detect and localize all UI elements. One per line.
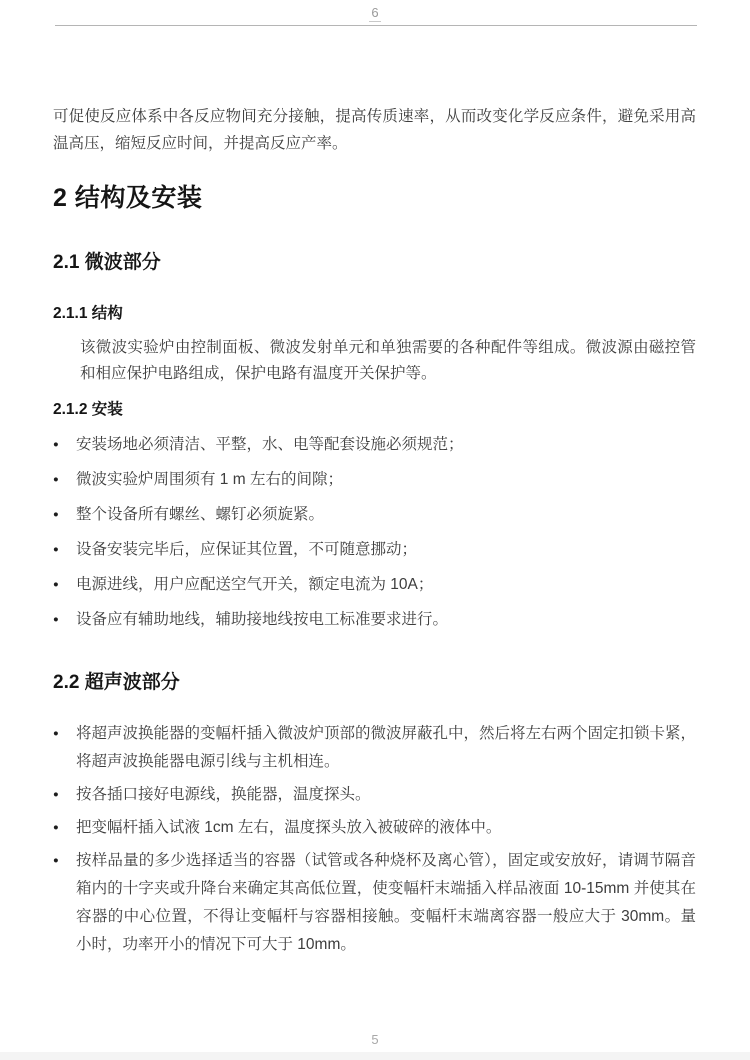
bullet-icon: ● — [53, 847, 76, 875]
list-item-text: 电源进线，用户应配送空气开关，额定电流为 10A； — [76, 573, 696, 597]
list-item: ● 把变幅杆插入试液 1cm 左右，温度探头放入被破碎的液体中。 — [53, 814, 696, 842]
ultrasonic-list: ● 将超声波换能器的变幅杆插入微波炉顶部的微波屏蔽孔中，然后将左右两个固定扣锁卡… — [53, 720, 696, 959]
subsection-heading-2-1-1: 2.1.1 结构 — [53, 303, 696, 325]
section-heading-2-2: 2.2 超声波部分 — [53, 670, 696, 696]
list-item: ● 将超声波换能器的变幅杆插入微波炉顶部的微波屏蔽孔中，然后将左右两个固定扣锁卡… — [53, 720, 696, 776]
list-item-text: 设备应有辅助地线，辅助接地线按电工标准要求进行。 — [76, 608, 696, 632]
section-heading-2-1: 2.1 微波部分 — [53, 250, 696, 276]
bullet-icon: ● — [53, 781, 76, 809]
bullet-icon: ● — [53, 720, 76, 748]
list-item: ● 按样品量的多少选择适当的容器（试管或各种烧杯及离心管），固定或安放好，请调节… — [53, 847, 696, 959]
list-item: ● 设备安装完毕后，应保证其位置，不可随意挪动； — [53, 538, 696, 562]
list-item: ● 设备应有辅助地线，辅助接地线按电工标准要求进行。 — [53, 608, 696, 632]
list-item-text: 整个设备所有螺丝、螺钉必须旋紧。 — [76, 503, 696, 527]
list-item-text: 微波实验炉周围须有 1 m 左右的间隙； — [76, 468, 696, 492]
bullet-icon: ● — [53, 608, 76, 632]
list-item-text: 设备安装完毕后，应保证其位置，不可随意挪动； — [76, 538, 696, 562]
list-item: ● 微波实验炉周围须有 1 m 左右的间隙； — [53, 468, 696, 492]
list-item-text: 按样品量的多少选择适当的容器（试管或各种烧杯及离心管），固定或安放好，请调节隔音… — [76, 847, 696, 959]
header-page-number: 6 — [369, 4, 380, 22]
bullet-icon: ● — [53, 503, 76, 527]
subsection-body-2-1-1: 该微波实验炉由控制面板、微波发射单元和单独需要的各种配件等组成。微波源由磁控管和… — [80, 335, 696, 387]
bullet-icon: ● — [53, 433, 76, 457]
list-item-text: 安装场地必须清洁、平整，水、电等配套设施必须规范； — [76, 433, 696, 457]
list-item-text: 按各插口接好电源线，换能器，温度探头。 — [76, 781, 696, 809]
header-rule — [55, 25, 697, 26]
bullet-icon: ● — [53, 468, 76, 492]
intro-paragraph: 可促使反应体系中各反应物间充分接触，提高传质速率，从而改变化学反应条件，避免采用… — [53, 103, 696, 157]
page-header: 6 — [0, 0, 750, 22]
footer-strip — [0, 1052, 750, 1060]
bullet-icon: ● — [53, 814, 76, 842]
list-item: ● 安装场地必须清洁、平整，水、电等配套设施必须规范； — [53, 433, 696, 457]
list-item-text: 把变幅杆插入试液 1cm 左右，温度探头放入被破碎的液体中。 — [76, 814, 696, 842]
footer-page-number: 5 — [0, 1032, 750, 1047]
page-content: 可促使反应体系中各反应物间充分接触，提高传质速率，从而改变化学反应条件，避免采用… — [0, 103, 750, 959]
subsection-heading-2-1-2: 2.1.2 安装 — [53, 399, 696, 421]
bullet-icon: ● — [53, 573, 76, 597]
document-page: 6 可促使反应体系中各反应物间充分接触，提高传质速率，从而改变化学反应条件，避免… — [0, 0, 750, 1060]
list-item: ● 整个设备所有螺丝、螺钉必须旋紧。 — [53, 503, 696, 527]
bullet-icon: ● — [53, 538, 76, 562]
list-item: ● 电源进线，用户应配送空气开关，额定电流为 10A； — [53, 573, 696, 597]
list-item-text: 将超声波换能器的变幅杆插入微波炉顶部的微波屏蔽孔中，然后将左右两个固定扣锁卡紧，… — [76, 720, 696, 776]
list-item: ● 按各插口接好电源线，换能器，温度探头。 — [53, 781, 696, 809]
installation-list: ● 安装场地必须清洁、平整，水、电等配套设施必须规范； ● 微波实验炉周围须有 … — [53, 433, 696, 632]
chapter-heading: 2 结构及安装 — [53, 183, 696, 214]
